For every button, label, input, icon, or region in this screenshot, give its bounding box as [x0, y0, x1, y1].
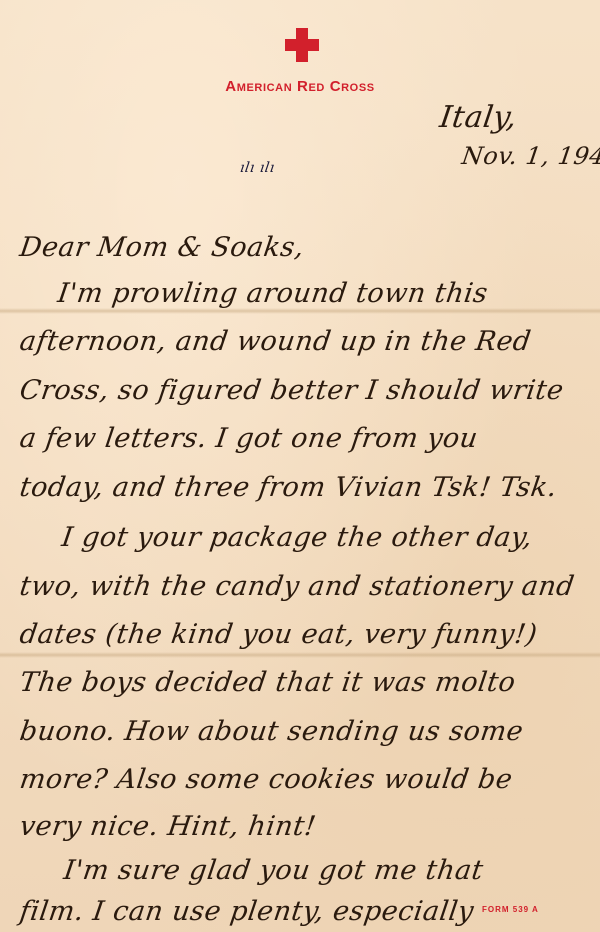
form-number: FORM 539 A [482, 905, 539, 914]
paper-fold-line [0, 652, 600, 658]
salutation: Dear Mom & Soaks, [18, 232, 306, 263]
letter-line: a few letters. I got one from you [18, 423, 480, 454]
letter-line: I'm prowling around town this [56, 278, 490, 309]
letter-place: Italy, [438, 100, 520, 135]
letterhead-title: American Red Cross [0, 78, 600, 95]
letter-date: Nov. 1, 1944 [460, 142, 600, 170]
letter-page: American Red Cross Italy, Nov. 1, 1944 ı… [0, 0, 600, 932]
letter-line: very nice. Hint, hint! [18, 811, 318, 842]
censor-marks: ılı ılı [239, 160, 276, 176]
letter-line: I got your package the other day, [60, 522, 535, 553]
letter-line: film. I can use plenty, especially [18, 896, 476, 927]
letter-line: dates (the kind you eat, very funny!) [18, 619, 539, 650]
letter-line: today, and three from Vivian Tsk! Tsk. [18, 472, 559, 503]
letter-line: I'm sure glad you got me that [62, 855, 486, 886]
red-cross-icon [285, 28, 319, 62]
letter-line: two, with the candy and stationery and [18, 571, 577, 602]
letter-line: buono. How about sending us some [18, 716, 525, 747]
letter-line: The boys decided that it was molto [18, 667, 518, 698]
letter-line: more? Also some cookies would be [18, 764, 515, 795]
letter-line: afternoon, and wound up in the Red [18, 326, 533, 357]
letter-line: Cross, so figured better I should write [18, 375, 566, 406]
